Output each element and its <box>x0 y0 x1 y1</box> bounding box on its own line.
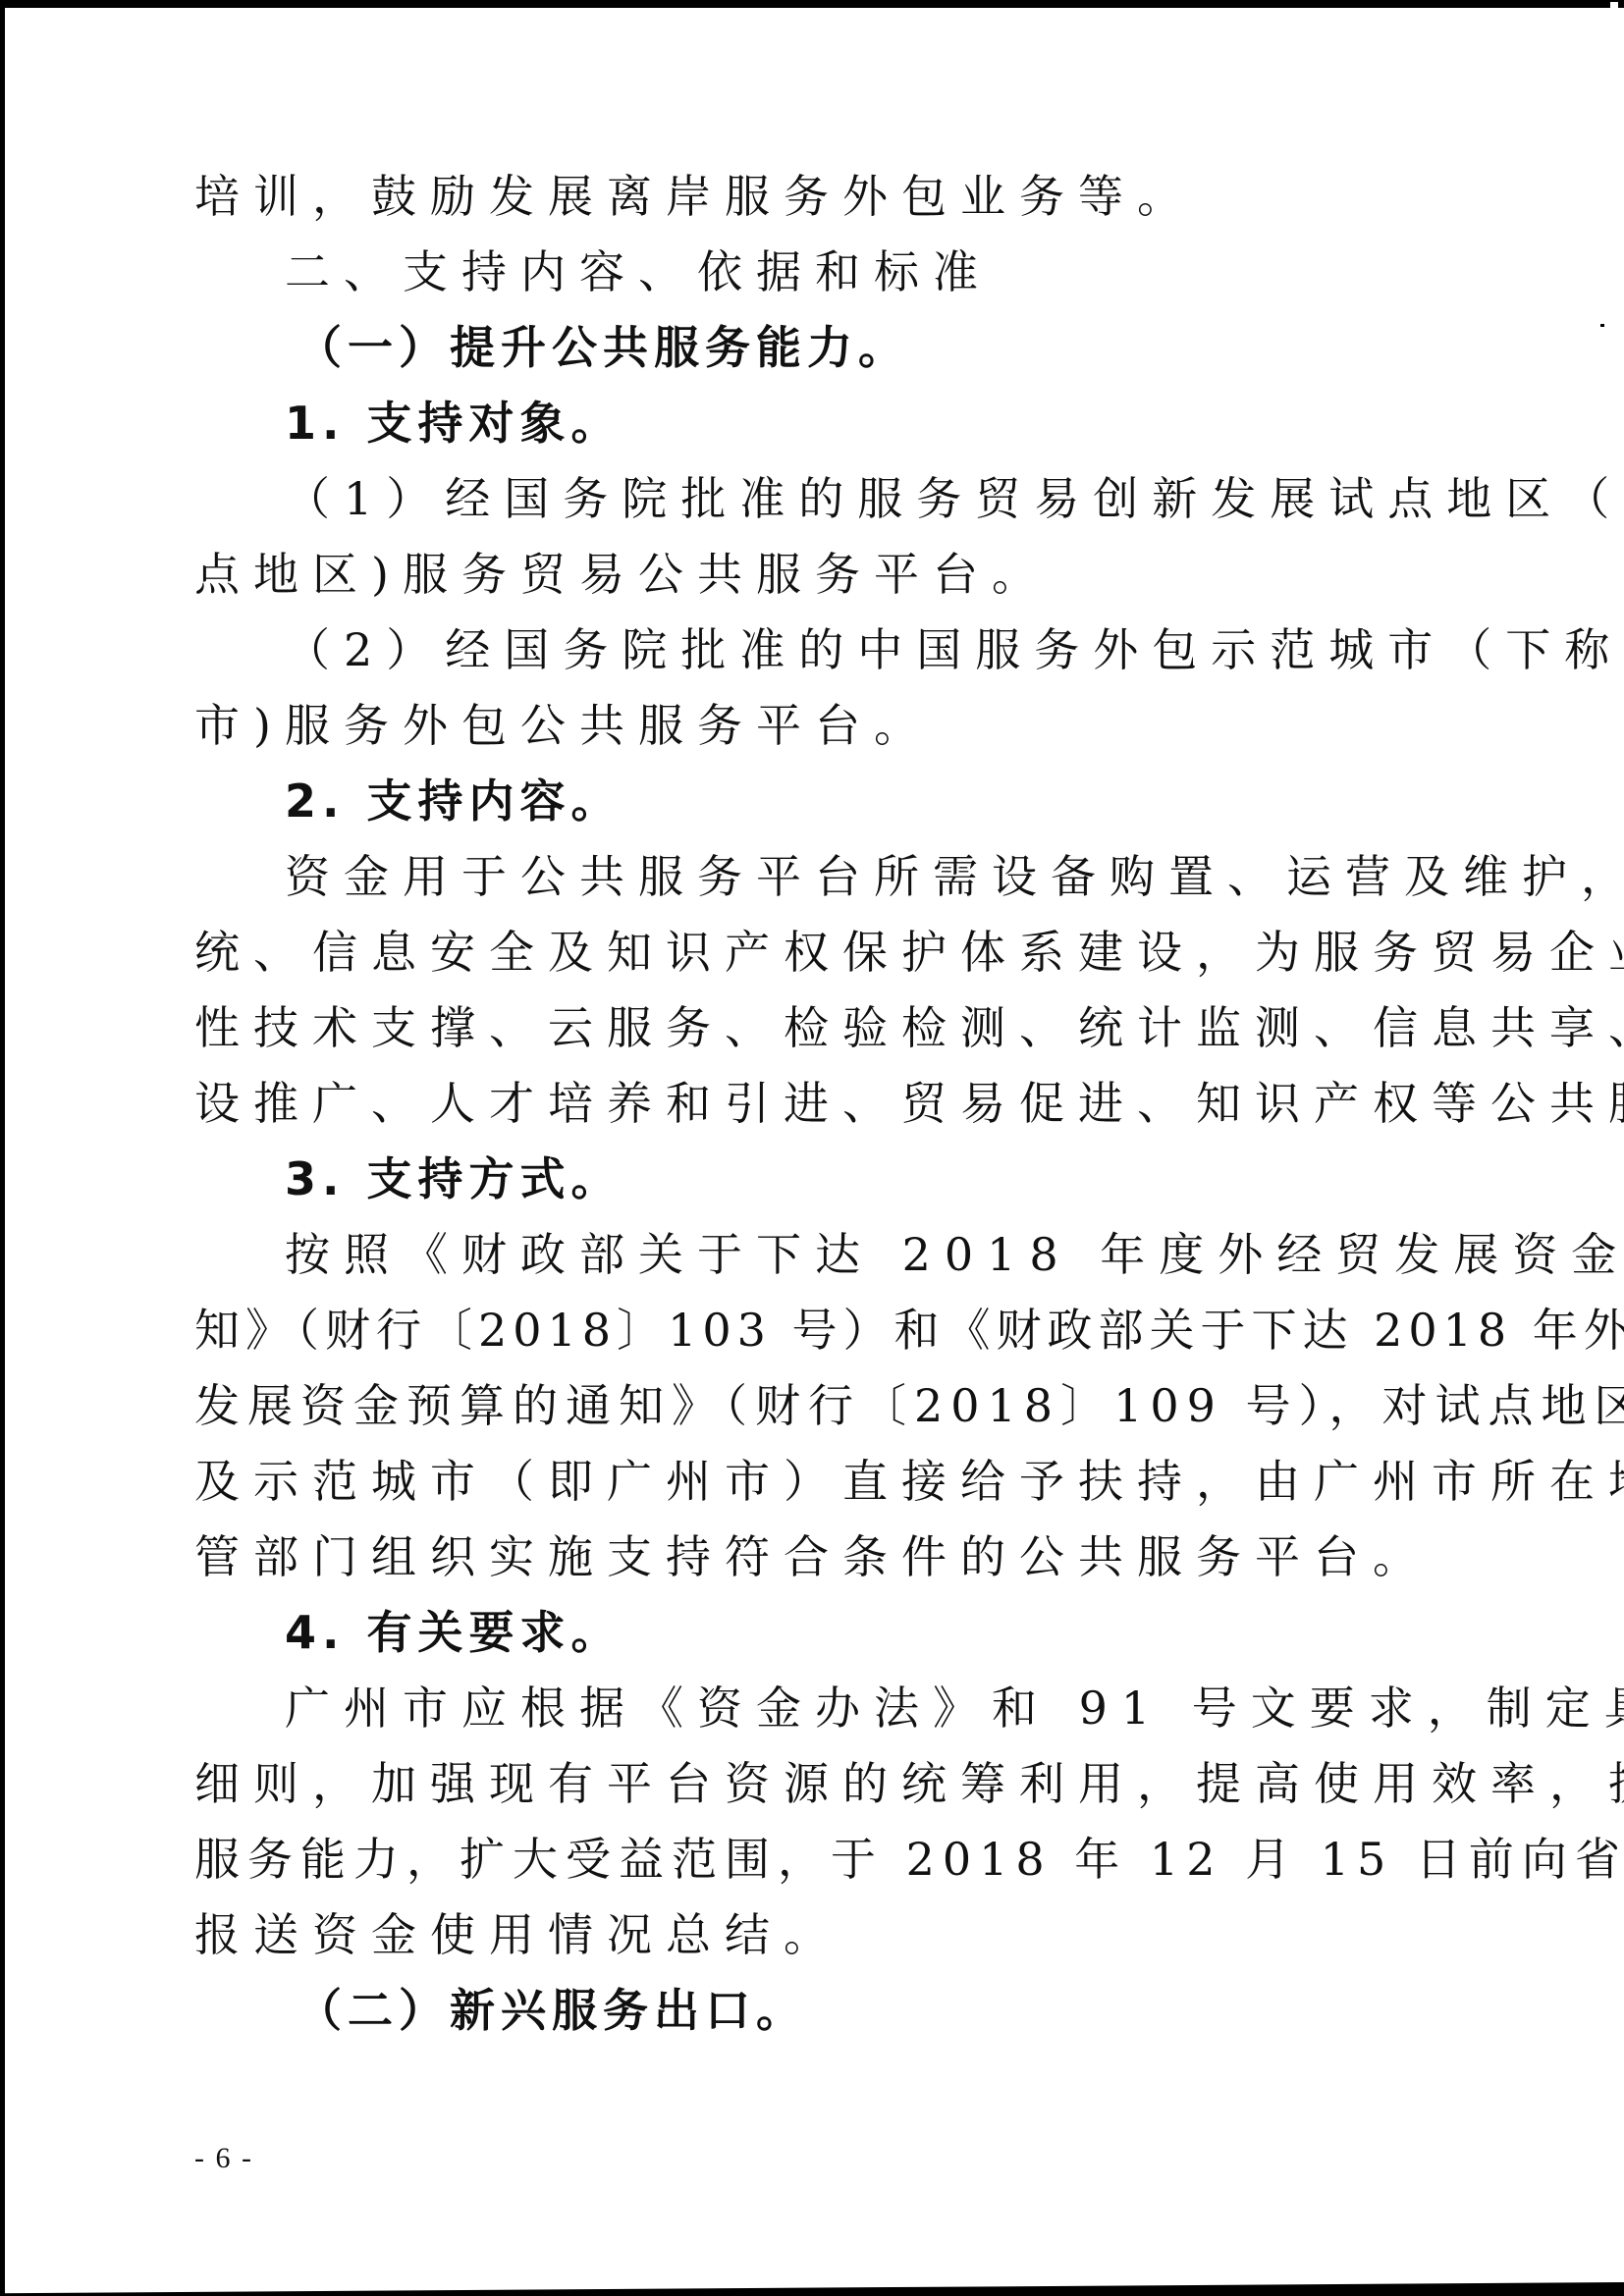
paragraph-line: 服务能力，扩大受益范围，于 2018 年 12 月 15 日前向省商务厅 <box>194 1830 1624 1889</box>
paragraph-line: 统、信息安全及知识产权保护体系建设，为服务贸易企业提供共 <box>194 923 1624 982</box>
paragraph-line: 报送资金使用情况总结。 <box>194 1905 842 1964</box>
scan-speck <box>1610 2 1618 8</box>
paragraph-line: 细则，加强现有平台资源的统筹利用，提高使用效率，提升公共 <box>194 1754 1624 1813</box>
section-heading: 二、支持内容、依据和标准 <box>285 242 992 301</box>
paragraph-line: 知》（财行〔2018〕103 号）和《财政部关于下达 2018 年外经贸 <box>194 1301 1624 1360</box>
item-heading-support-targets: 1. 支持对象。 <box>285 394 623 453</box>
paragraph-line: 性技术支撑、云服务、检验检测、统计监测、信息共享、品牌建 <box>194 998 1624 1057</box>
paragraph-line: （1）经国务院批准的服务贸易创新发展试点地区（下称试 <box>285 469 1624 528</box>
scan-edge-top <box>0 0 1624 8</box>
item-heading-requirements: 4. 有关要求。 <box>285 1603 623 1662</box>
item-heading-support-content: 2. 支持内容。 <box>285 772 623 830</box>
paragraph-line: 设推广、人才培养和引进、贸易促进、知识产权等公共服务。 <box>194 1074 1624 1133</box>
paragraph-line: 及示范城市（即广州市）直接给予扶持，由广州市所在地商务主 <box>194 1452 1624 1511</box>
scan-edge-bottom <box>0 2282 1624 2296</box>
page-number: - 6 - <box>194 2142 253 2175</box>
paragraph-line: 市)服务外包公共服务平台。 <box>194 696 933 755</box>
paragraph-line: 发展资金预算的通知》（财行〔2018〕109 号），对试点地区以 <box>194 1376 1624 1435</box>
scan-edge-left <box>0 0 5 2296</box>
subsection-heading: （二）新兴服务出口。 <box>297 1981 807 2040</box>
subsection-heading: （一）提升公共服务能力。 <box>297 318 909 377</box>
paragraph-line: 管部门组织实施支持符合条件的公共服务平台。 <box>194 1527 1432 1586</box>
paragraph-continuation: 培训，鼓励发展离岸服务外包业务等。 <box>194 167 1196 226</box>
paragraph-line: （2）经国务院批准的中国服务外包示范城市（下称示范城 <box>285 620 1624 679</box>
paragraph-line: 点地区)服务贸易公共服务平台。 <box>194 545 1051 604</box>
item-heading-support-method: 3. 支持方式。 <box>285 1149 623 1208</box>
scan-speck <box>1600 324 1604 327</box>
paragraph-line: 按照《财政部关于下达 2018 年度外经贸发展资金预算的通 <box>285 1225 1624 1284</box>
paragraph-line: 资金用于公共服务平台所需设备购置、运营及维护，信息系 <box>285 847 1624 906</box>
paragraph-line: 广州市应根据《资金办法》和 91 号文要求，制定具体支持 <box>285 1679 1624 1737</box>
